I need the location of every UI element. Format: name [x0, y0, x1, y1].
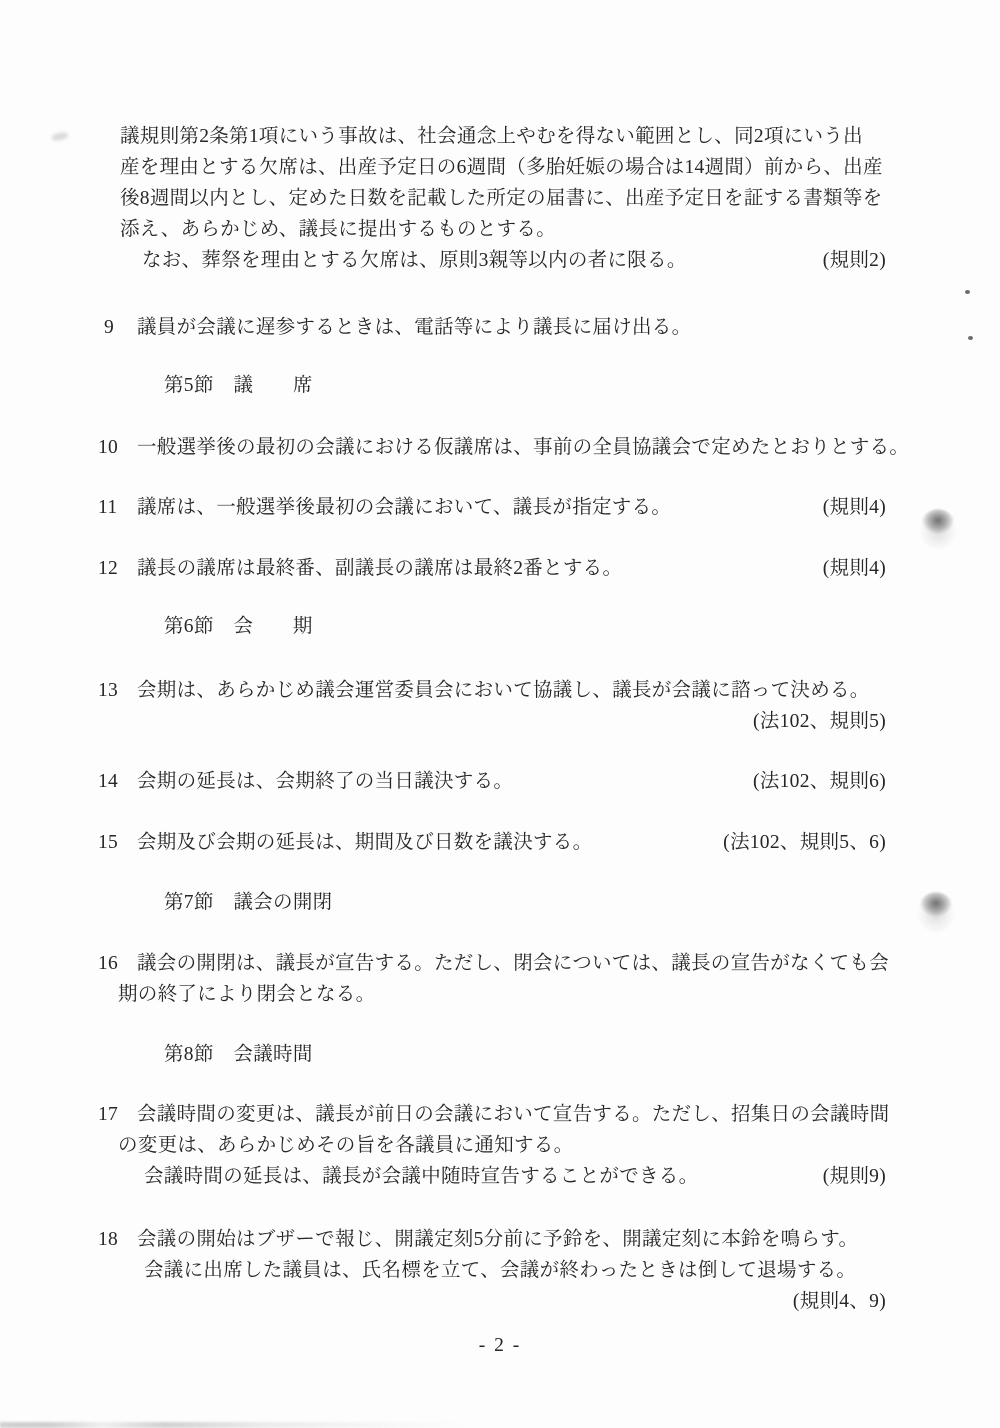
item-text: 会議の開始はブザーで報じ、開議定刻5分前に予鈴を、開議定刻に本鈴を鳴らす。: [137, 1224, 886, 1255]
rule-reference: (規則2): [823, 245, 886, 276]
item-16: 16 議会の開閉は、議長が宣告する。ただし、閉会については、議長の宣告がなくても…: [98, 948, 886, 1010]
item-text: の変更は、あらかじめその旨を各議員に通知する。: [118, 1130, 886, 1161]
rule-reference: (法102、規則6): [753, 766, 886, 797]
punch-hole-smudge: [919, 509, 957, 549]
scan-speck: [965, 290, 970, 294]
rule-reference: (規則9): [823, 1161, 886, 1192]
item-text: 会期及び会期の延長は、期間及び日数を議決する。: [137, 827, 592, 858]
item-18: 18 会議の開始はブザーで報じ、開議定刻5分前に予鈴を、開議定刻に本鈴を鳴らす。…: [98, 1224, 886, 1317]
item-text: 議員が会議に遅参するときは、電話等により議長に届け出る。: [137, 312, 886, 343]
item-number: 17: [98, 1099, 137, 1130]
item-number: 9: [98, 312, 137, 343]
item-number: 13: [98, 675, 137, 706]
item-17: 17 会議時間の変更は、議長が前日の会議において宣告する。ただし、招集日の会議時…: [98, 1099, 886, 1192]
item-number: 16: [98, 948, 137, 979]
item-11: 11 議席は、一般選挙後最初の会議において、議長が指定する。 (規則4): [98, 492, 886, 523]
item-text: 会期の延長は、会期終了の当日議決する。: [137, 766, 513, 797]
item-text: 議長の議席は最終番、副議長の議席は最終2番とする。: [137, 553, 622, 584]
intro-line: 産を理由とする欠席は、出産予定日の6週間（多胎妊娠の場合は14週間）前から、出産: [120, 152, 886, 183]
item-10: 10 一般選挙後の最初の会議における仮議席は、事前の全員協議会で定めたとおりとす…: [98, 432, 886, 463]
item-text: 会期は、あらかじめ議会運営委員会において協議し、議長が会議に諮って決める。: [137, 675, 886, 706]
intro-note-row: なお、葬祭を理由とする欠席は、原則3親等以内の者に限る。 (規則2): [120, 245, 886, 276]
rule-reference: (規則4): [823, 553, 886, 584]
item-text: 会議に出席した議員は、氏名標を立て、会議が終わったときは倒して退場する。: [144, 1255, 886, 1286]
section-heading-7: 第7節 議会の開閉: [164, 887, 332, 918]
scan-mark: [51, 131, 68, 141]
intro-line: 後8週間以内とし、定めた日数を記載した所定の届書に、出産予定日を証する書類等を: [120, 183, 886, 214]
punch-hole-smudge: [917, 892, 955, 932]
rule-reference: (法102、規則5): [137, 706, 886, 737]
rule-reference: (法102、規則5、6): [723, 827, 886, 858]
item-text: 議席は、一般選挙後最初の会議において、議長が指定する。: [137, 492, 671, 523]
intro-line: 添え、あらかじめ、議長に提出するものとする。: [120, 214, 886, 245]
item-12: 12 議長の議席は最終番、副議長の議席は最終2番とする。 (規則4): [98, 553, 886, 584]
intro-paragraph: 議規則第2条第1項にいう事故は、社会通念上やむを得ない範囲とし、同2項にいう出 …: [120, 121, 886, 276]
item-number: 11: [98, 492, 137, 523]
item-number: 12: [98, 553, 137, 584]
item-number: 15: [98, 827, 137, 858]
scan-smudge-bottom: [0, 1422, 470, 1428]
intro-note: なお、葬祭を理由とする欠席は、原則3親等以内の者に限る。: [142, 245, 687, 276]
item-text: 議会の開閉は、議長が宣告する。ただし、閉会については、議長の宣告がなくても会: [137, 948, 886, 979]
item-13: 13 会期は、あらかじめ議会運営委員会において協議し、議長が会議に諮って決める。…: [98, 675, 886, 737]
rule-reference: (規則4): [823, 492, 886, 523]
item-9: 9 議員が会議に遅参するときは、電話等により議長に届け出る。: [98, 312, 886, 343]
item-number: 14: [98, 766, 137, 797]
section-heading-5: 第5節 議 席: [164, 370, 313, 401]
item-text: 会議時間の延長は、議長が会議中随時宣告することができる。: [144, 1161, 698, 1192]
section-heading-8: 第8節 会議時間: [164, 1039, 313, 1070]
section-heading-6: 第6節 会 期: [164, 611, 313, 642]
intro-line: 議規則第2条第1項にいう事故は、社会通念上やむを得ない範囲とし、同2項にいう出: [120, 121, 886, 152]
item-15: 15 会期及び会期の延長は、期間及び日数を議決する。 (法102、規則5、6): [98, 827, 886, 858]
item-number: 10: [98, 432, 137, 463]
document-page: 議規則第2条第1項にいう事故は、社会通念上やむを得ない範囲とし、同2項にいう出 …: [0, 0, 1000, 1428]
item-text: 会議時間の変更は、議長が前日の会議において宣告する。ただし、招集日の会議時間: [137, 1099, 886, 1130]
item-text: 一般選挙後の最初の会議における仮議席は、事前の全員協議会で定めたとおりとする。: [137, 432, 886, 463]
page-number: - 2 -: [0, 1330, 1000, 1361]
scan-speck: [968, 336, 973, 340]
item-text: 期の終了により閉会となる。: [118, 979, 886, 1010]
item-number: 18: [98, 1224, 137, 1255]
rule-reference: (規則4、9): [137, 1286, 886, 1317]
item-14: 14 会期の延長は、会期終了の当日議決する。 (法102、規則6): [98, 766, 886, 797]
